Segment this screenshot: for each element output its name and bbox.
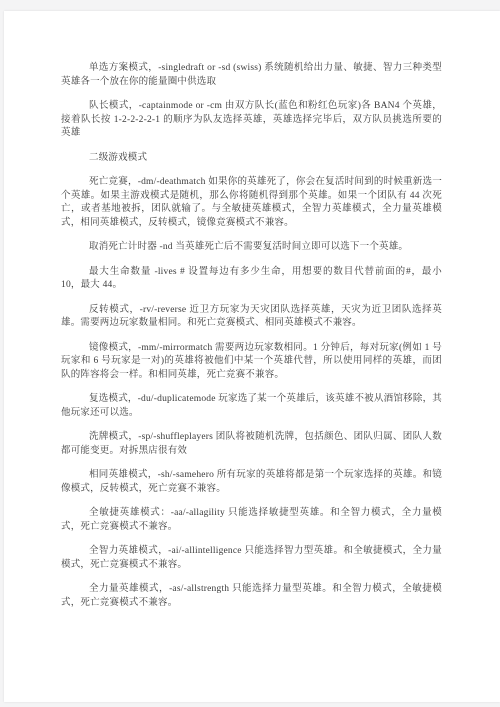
paragraph-all-intelligence-mode: 全智力英雄模式，-ai/-allintelligence 只能选择智力型英雄。和… (61, 545, 442, 572)
paragraph-all-agility-mode: 全敏捷英雄模式：-aa/-allagility 只能选择敏捷型英雄。和全智力模式… (61, 507, 442, 534)
paragraph-all-strength-mode: 全力量英雄模式，-as/-allstrength 只能选择力量型英雄。和全智力模… (61, 583, 442, 610)
paragraph-no-death-timer: 取消死亡计时器 -nd 当英雄死亡后不需要复活时间立即可以选下一个英雄。 (61, 241, 442, 255)
document-content: 单选方案模式，-singledraft or -sd (swiss) 系统随机给… (4, 11, 500, 610)
paragraph-same-hero-mode: 相同英雄模式，-sh/-samehero 所有玩家的英雄将都是第一个玩家选择的英… (61, 469, 442, 496)
paragraph-max-lives: 最大生命数量 -lives # 设置每边有多少生命，用想要的数目代替前面的#，最… (61, 266, 442, 293)
paragraph-mirror-match-mode: 镜像模式，-mm/-mirrormatch 需要两边玩家数相同。1 分钟后，每对… (61, 342, 442, 383)
paragraph-single-draft-mode: 单选方案模式，-singledraft or -sd (swiss) 系统随机给… (61, 62, 442, 89)
paragraph-deathmatch-mode: 死亡竞赛，-dm/-deathmatch 如果你的英雄死了，你会在复活时间到的时… (61, 176, 442, 230)
page-background: 单选方案模式，-singledraft or -sd (swiss) 系统随机给… (0, 0, 500, 707)
paragraph-duplicate-mode: 复选模式，-du/-duplicatemode 玩家选了某一个英雄后，该英雄不被… (61, 393, 442, 420)
document-page: 单选方案模式，-singledraft or -sd (swiss) 系统随机给… (4, 11, 500, 702)
paragraph-reverse-mode: 反转模式，-rv/-reverse 近卫方玩家为天灾团队选择英雄，天灾为近卫团队… (61, 304, 442, 331)
paragraph-captain-mode: 队长模式，-captainmode or -cm 由双方队长(蓝色和粉红色玩家)… (61, 100, 442, 141)
section-heading-secondary-modes: 二级游戏模式 (61, 152, 442, 166)
paragraph-shuffle-players-mode: 洗牌模式，-sp/-shuffleplayers 团队将被随机洗牌，包括颜色、团… (61, 431, 442, 458)
